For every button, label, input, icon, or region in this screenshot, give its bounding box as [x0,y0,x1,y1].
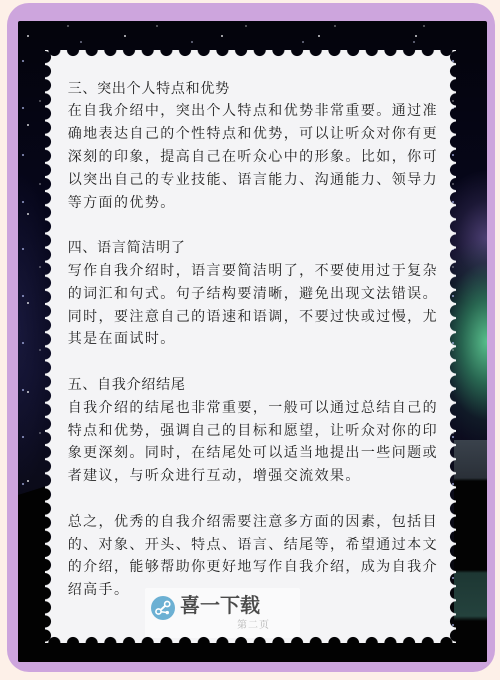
body-line: 以突出自己的专业技能、语言能力、沟通能力、领导力 [68,169,438,192]
section-heading: 五、自我介绍结尾 [68,374,438,397]
watermark-brand: 喜一下载 [180,593,260,617]
section-heading: 三、突出个人特点和优势 [68,78,438,101]
body-line: 特点和优势，强调自己的目标和愿望，让听众对你的印 [68,420,438,443]
body-line: 其是在面试时。 [68,328,438,351]
body-line: 象更深刻。同时，在结尾处可以适当地提出一些问题或 [68,442,438,465]
page-label: 第二页 [237,620,270,632]
body-line: 写作自我介绍时，语言要简洁明了，不要使用过于复杂 [68,260,438,283]
section-heading: 四、语言简洁明了 [68,237,438,260]
body-line: 者建议，与听众进行互动，增强交流效果。 [68,465,438,488]
ground-strip [18,640,487,662]
section-highlight-strengths: 三、突出个人特点和优势 在自我介绍中，突出个人特点和优势非常重要。通过准 确地表… [68,78,438,215]
section-concise-language: 四、语言简洁明了 写作自我介绍时，语言要简洁明了，不要使用过于复杂 的词汇和句式… [68,237,438,351]
share-nodes-icon [151,596,175,620]
body-line: 同时，要注意自己的语速和语调，不要过快或过慢，尤 [68,306,438,329]
article-body: 三、突出个人特点和优势 在自我介绍中，突出个人特点和优势非常重要。通过准 确地表… [68,78,438,602]
body-line: 深刻的印象，提高自己在听众心中的形象。比如，你可 [68,146,438,169]
body-line: 的介绍，能够帮助你更好地写作自我介绍，成为自我介 [68,556,438,579]
mountain-silhouette-right [454,440,487,662]
section-closing: 五、自我介绍结尾 自我介绍的结尾也非常重要，一般可以通过总结自己的 特点和优势，… [68,374,438,488]
body-line: 在自我介绍中，突出个人特点和优势非常重要。通过准 [68,100,438,123]
body-line: 确地表达自己的个性特点和优势，可以让听众对你有更 [68,123,438,146]
body-line: 自我介绍的结尾也非常重要，一般可以通过总结自己的 [68,397,438,420]
body-line: 的、对象、开头、特点、语言、结尾等，希望通过本文 [68,534,438,557]
stamp-paper: 三、突出个人特点和优势 在自我介绍中，突出个人特点和优势非常重要。通过准 确地表… [45,50,456,643]
body-line: 等方面的优势。 [68,192,438,215]
body-line: 总之，优秀的自我介绍需要注意多方面的因素，包括目 [68,511,438,534]
body-line: 的词汇和句式。句子结构要清晰，避免出现文法错误。 [68,283,438,306]
